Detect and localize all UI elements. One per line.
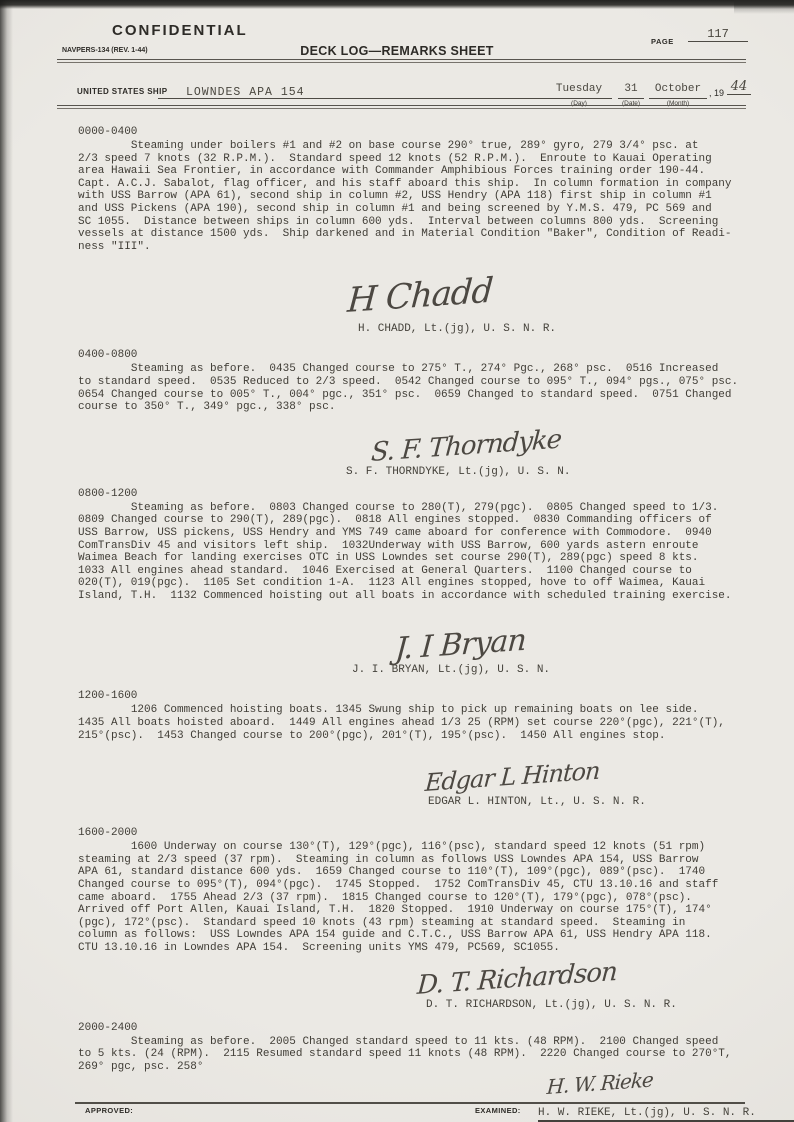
footer-rule — [75, 1102, 745, 1104]
entry-time-range: 2000-2400 — [78, 1022, 758, 1035]
entry-text: Steaming as before. 0803 Changed course … — [78, 502, 758, 603]
entry-time-range: 1200-1600 — [78, 690, 758, 703]
log-entry: 2000-2400 Steaming as before. 2005 Chang… — [78, 1022, 758, 1074]
signature-script: Edgar L Hinton — [424, 756, 601, 798]
log-entry: 0000-0400 Steaming under boilers #1 and … — [78, 126, 758, 336]
page-number: 117 — [688, 27, 748, 42]
remarks-body: 0000-0400 Steaming under boilers #1 and … — [78, 126, 758, 1073]
signature-block: H Chadd H. CHADD, Lt.(jg), U. S. N. R. — [358, 279, 758, 336]
log-entry: 1600-2000 1600 Underway on course 130°(T… — [78, 827, 758, 1011]
classification-banner: CONFIDENTIAL — [112, 22, 248, 39]
date-day: Tuesday — [546, 83, 612, 99]
entry-time-range: 1600-2000 — [78, 827, 758, 840]
entry-time-range: 0800-1200 — [78, 488, 758, 501]
header-rule — [57, 59, 746, 63]
signature-script: S. F. Thorndyke — [370, 422, 562, 470]
date-date: 31 — [618, 83, 644, 99]
log-entry: 0400-0800 Steaming as before. 0435 Chang… — [78, 349, 758, 478]
log-entry: 0800-1200 Steaming as before. 0803 Chang… — [78, 488, 758, 678]
ship-name: LOWNDES APA 154 — [186, 86, 305, 99]
entry-text: Steaming as before. 2005 Changed standar… — [78, 1036, 758, 1074]
date-year: 44 — [727, 79, 751, 95]
year-prefix: , 19 — [709, 88, 724, 98]
signature-block: S. F. Thorndyke S. F. THORNDYKE, Lt.(jg)… — [346, 436, 758, 479]
date-month: October — [649, 83, 707, 99]
document-title: DECK LOG—REMARKS SHEET — [0, 44, 794, 58]
examined-signature-name: H. W. RIEKE, Lt.(jg), U. S. N. R. — [538, 1106, 794, 1122]
signature-name: S. F. THORNDYKE, Lt.(jg), U. S. N. — [346, 466, 758, 479]
entry-time-range: 0000-0400 — [78, 126, 758, 139]
signature-name: EDGAR L. HINTON, Lt., U. S. N. R. — [428, 796, 758, 809]
entry-text: Steaming as before. 0435 Changed course … — [78, 363, 758, 413]
approved-label: APPROVED: — [85, 1106, 133, 1115]
signature-name: D. T. RICHARDSON, Lt.(jg), U. S. N. R. — [426, 999, 758, 1012]
entry-text: Steaming under boilers #1 and #2 on base… — [78, 140, 758, 253]
signature-block: Edgar L Hinton EDGAR L. HINTON, Lt., U. … — [428, 768, 758, 809]
signature-script: H Chadd — [346, 269, 494, 323]
signature-block: D. T. Richardson D. T. RICHARDSON, Lt.(j… — [426, 969, 758, 1012]
scan-top-edge — [0, 0, 794, 9]
signature-block: J. I Bryan J. I. BRYAN, Lt.(jg), U. S. N… — [352, 632, 758, 677]
entry-text: 1206 Commenced hoisting boats. 1345 Swun… — [78, 704, 758, 742]
log-entry: 1200-1600 1206 Commenced hoisting boats.… — [78, 690, 758, 809]
entry-text: 1600 Underway on course 130°(T), 129°(pg… — [78, 841, 758, 954]
examined-label: EXAMINED: — [475, 1106, 521, 1115]
header-rule — [57, 105, 746, 109]
ship-name-field: LOWNDES APA 154 — [158, 82, 546, 99]
entry-time-range: 0400-0800 — [78, 349, 758, 362]
ship-label: UNITED STATES SHIP — [77, 87, 167, 96]
scan-left-edge — [0, 0, 13, 1122]
signature-name: H. CHADD, Lt.(jg), U. S. N. R. — [358, 323, 758, 336]
signature-script: D. T. Richardson — [416, 954, 618, 1002]
scanned-deck-log-page: { "colors": { "paper": "#e9e7e2", "ink_t… — [0, 0, 794, 1122]
approval-footer: APPROVED: EXAMINED: H. W. Rieke H. W. RI… — [60, 1096, 794, 1122]
scan-corner-smudge — [734, 0, 794, 14]
signature-script: J. I Bryan — [394, 623, 527, 668]
